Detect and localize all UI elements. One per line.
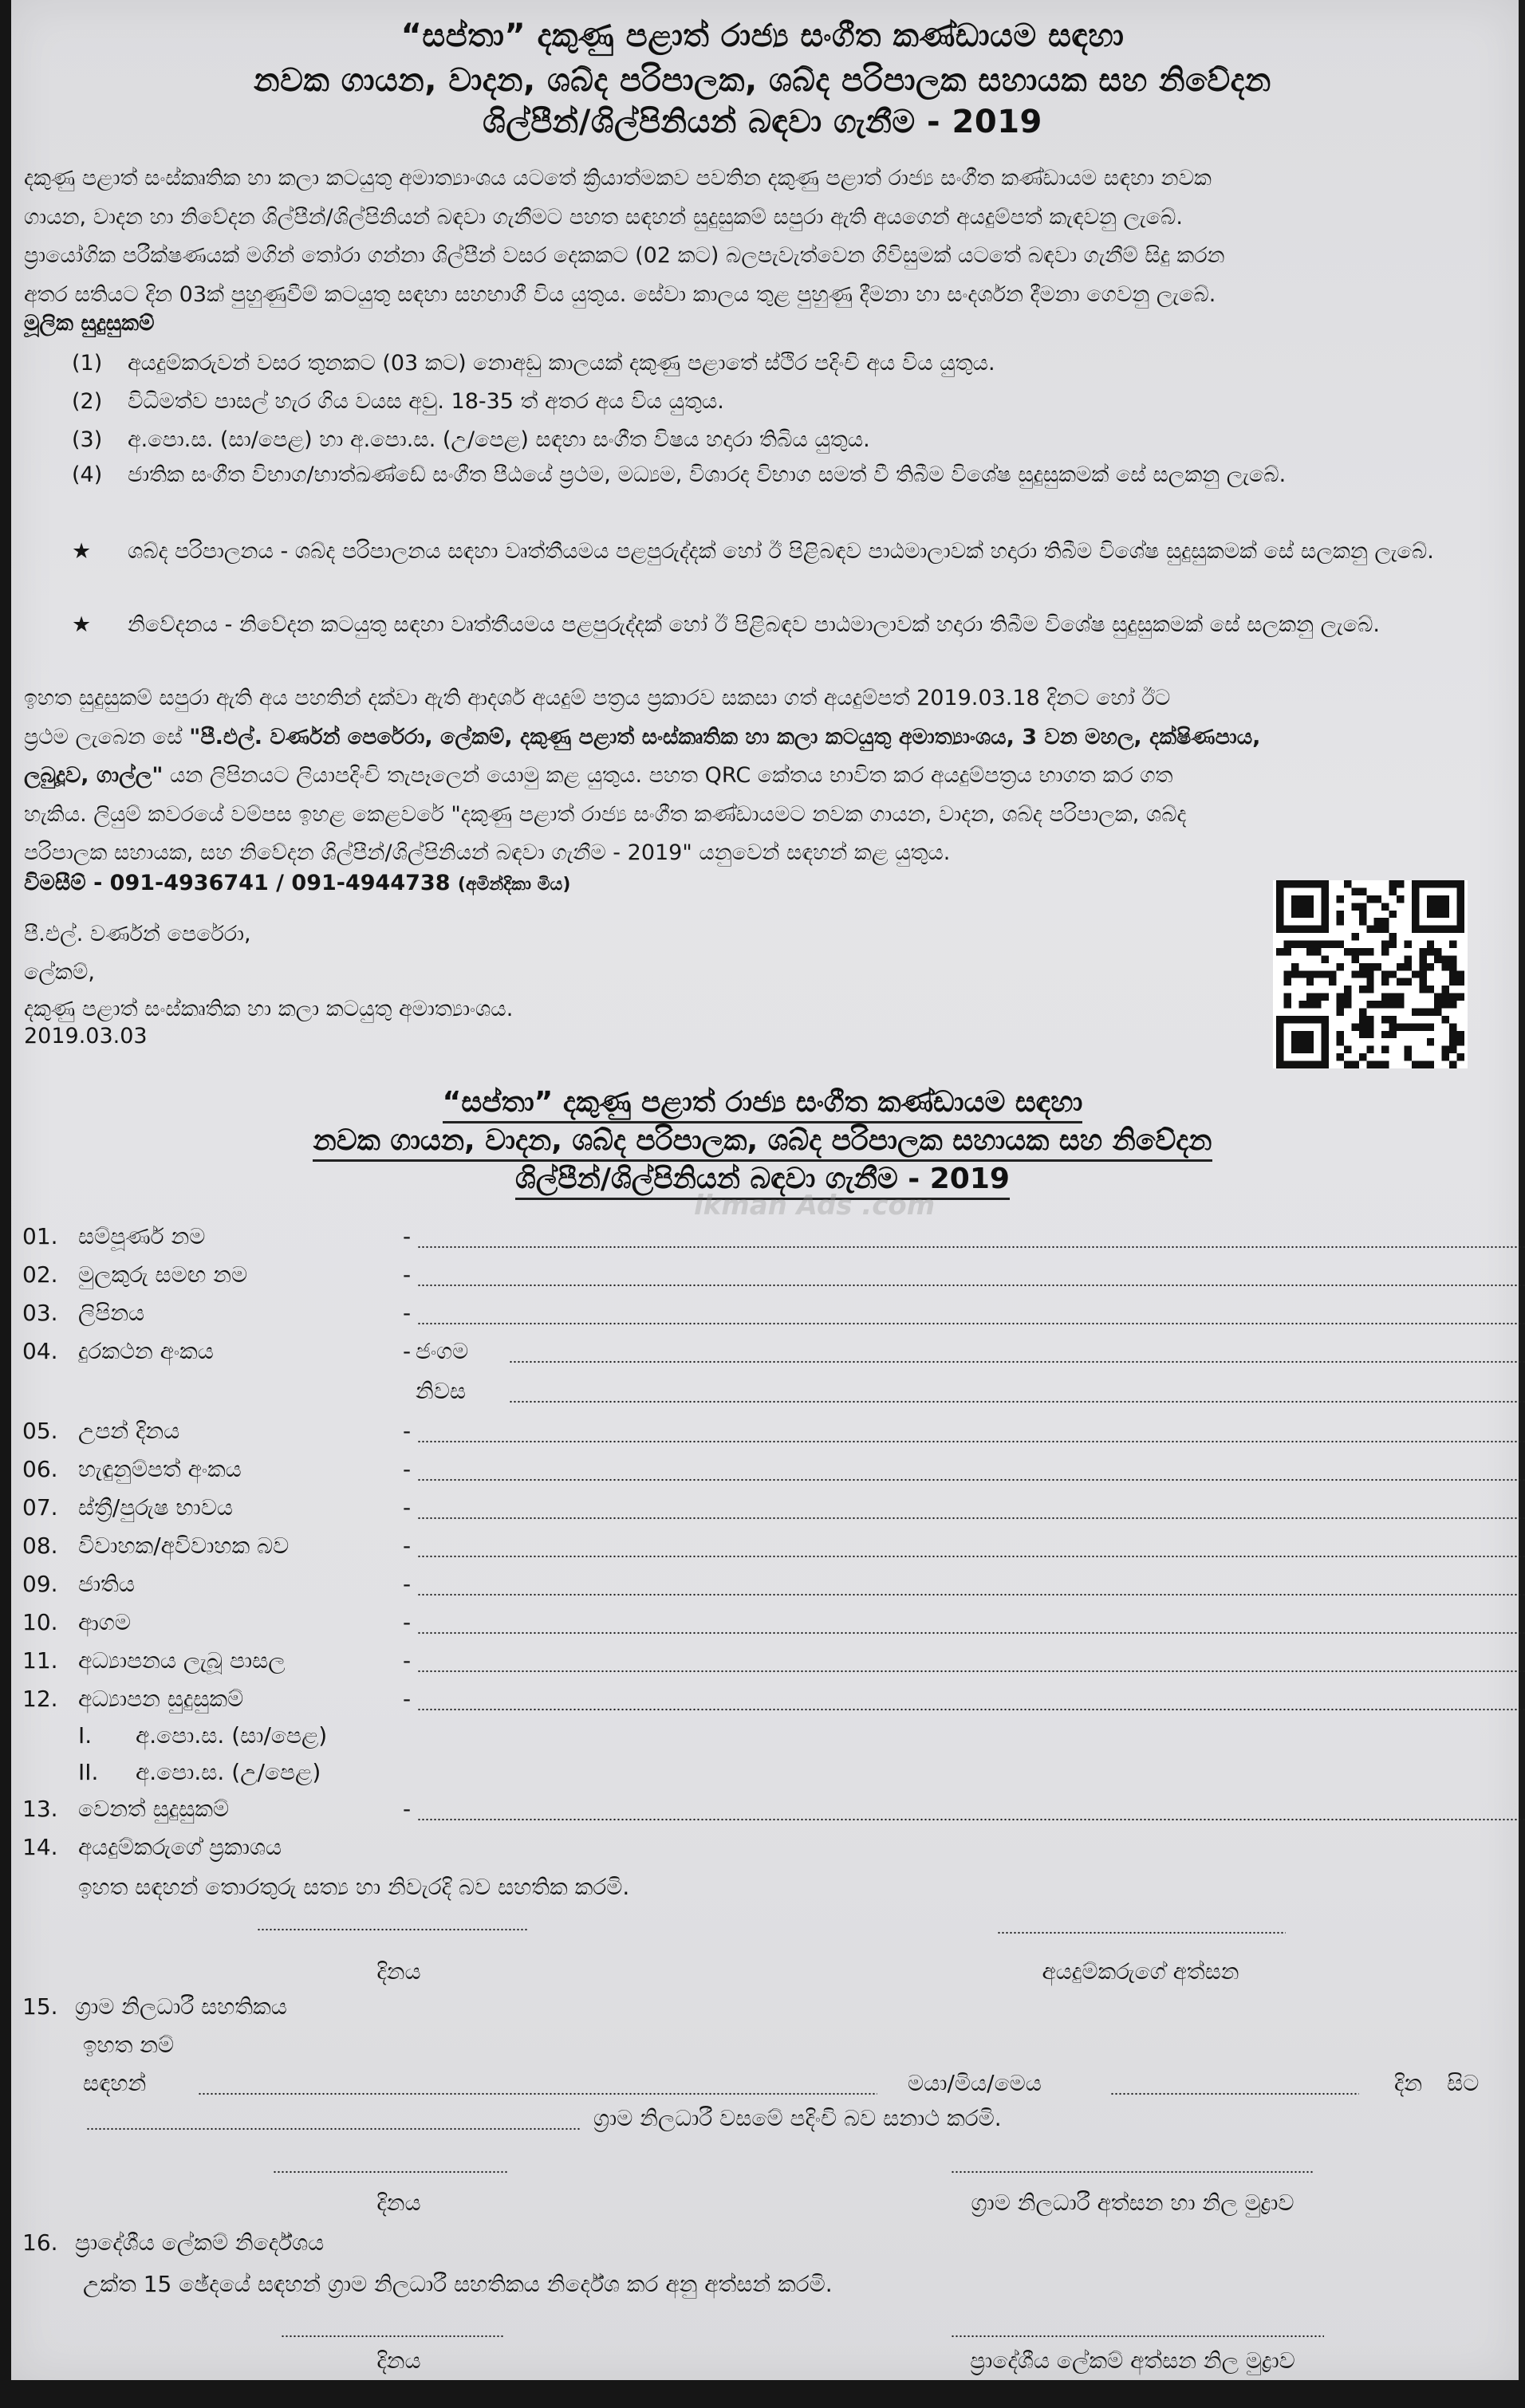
gn-certificate-label: ග්‍රාම නිලධාරී සහතිකය <box>75 1993 287 2020</box>
sub-item-marker: I. <box>78 1722 92 1749</box>
form-field-row: 02.මුලකුරු සමඟ නම- <box>22 1261 1514 1300</box>
field-separator: - <box>403 1418 411 1444</box>
submission-line: ප්‍රථම ලැබෙන සේ "පී.එල්. වර්ණන් පෙරේරා, … <box>24 718 1503 757</box>
form-field-row: 01.සම්පූර්ණ නම- <box>22 1223 1514 1261</box>
scan-edge-bottom <box>0 2380 1525 2408</box>
field-separator: - <box>403 1571 411 1597</box>
gn-title-options: මයා/මිය/මෙය <box>908 2070 1042 2097</box>
date-caption: දිනය <box>319 1958 479 1985</box>
form-field-row: 05.උපන් දිනය- <box>22 1418 1514 1456</box>
field-label: විවාහක/අවිවාහක බව <box>78 1533 289 1560</box>
form-title-text: “සප්තා” දකුණු පළාත් රාජ්‍ය සංගීත කණ්ඩායම… <box>443 1086 1083 1123</box>
requirement-text: අ.පො.ස. (සා/පෙළ) හා අ.පො.ස. (උ/පෙළ) සඳහා… <box>128 421 1499 459</box>
field-number: 05. <box>22 1418 58 1444</box>
notice-date: 2019.03.03 <box>24 1024 148 1049</box>
submission-line: පරිපාලක සහායක, සහ නිවේදන ශිල්පීන්/ශිල්පි… <box>24 834 1503 873</box>
contact-person: (අමින්දිකා මිය) <box>458 875 571 895</box>
form-title-text: නවක ගායන, වාදන, ශබ්ද පරිපාලක, ශබ්ද පරිපා… <box>313 1124 1212 1162</box>
header-title-line2: නවක ගායන, වාදන, ශබ්ද පරිපාලක, ශබ්ද පරිපා… <box>0 62 1525 99</box>
field-input[interactable] <box>417 1555 1525 1558</box>
gn-division-input[interactable] <box>86 2127 581 2131</box>
gn-line2-post: දින සිට <box>1394 2070 1479 2097</box>
sub-item-marker: II. <box>78 1759 98 1785</box>
requirement-text: විධිමත්ව පාසල් හැර ගිය වයස අවු. 18-35 ත්… <box>128 383 1499 421</box>
intro-line: ගායන, වාදන හා නිවේදන ශිල්පීන්/ශිල්පිනියන… <box>24 199 1503 238</box>
field-input[interactable] <box>417 1708 1525 1711</box>
field-separator: - <box>403 1456 411 1482</box>
qr-code-icon <box>1273 880 1468 1068</box>
intro-paragraph: දකුණු පළාත් සංස්කෘතික හා කලා කටයුතු අමාත… <box>24 159 1503 314</box>
form-field-row: 04.දුරකථන අංකය-ජංගම <box>22 1338 1514 1376</box>
gn-line2-pre: සඳහන් <box>83 2070 146 2097</box>
submission-line: ලබුදූව, ගාල්ල" යන ලිපිනයට ලියාපදිංචි තැප… <box>24 757 1503 796</box>
form-field-row: 08.විවාහක/අවිවාහක බව- <box>22 1533 1514 1571</box>
field-number: 07. <box>22 1494 58 1521</box>
field-number: 03. <box>22 1300 58 1326</box>
contact-phones: - 091-4936741 / 091-4944738 <box>93 871 450 895</box>
form-field-row: 11.අධ්‍යාපනය ලැබූ පාසල- <box>22 1647 1514 1686</box>
submission-line: ඉහත සුදුසුකම් සපුරා ඇති අය පහතින් දක්වා … <box>24 679 1503 718</box>
declaration-date-input[interactable] <box>257 1928 528 1931</box>
field-number: 09. <box>22 1571 58 1597</box>
field-label: දුරකථන අංකය <box>78 1338 214 1365</box>
home-phone-input[interactable] <box>509 1400 1525 1403</box>
field-separator: - <box>403 1494 411 1521</box>
field-separator: - <box>403 1300 411 1326</box>
field-input[interactable] <box>417 1517 1525 1520</box>
submission-text: ප්‍රථම ලැබෙන සේ <box>24 725 189 750</box>
field-label: ආගම <box>78 1609 131 1636</box>
field-input[interactable] <box>417 1478 1525 1481</box>
requirement-text: නිවේදනය - නිවේදන කටයුතු සඳහා වෘත්තීයමය ප… <box>128 606 1499 644</box>
signatory-title: ලේකම්, <box>24 960 95 986</box>
field-label: වෙනත් සුදුසුකම් <box>78 1796 229 1823</box>
signatory-name: පී.එල්. වර්ණන් පෙරේරා, <box>24 922 251 947</box>
declaration-text: ඉහත සඳහන් තොරතුරු සත්‍ය හා නිවැරදි බව සහ… <box>78 1874 629 1901</box>
gn-signature-input[interactable] <box>951 2170 1314 2174</box>
field-label: අධ්‍යාපනය ලැබූ පාසල <box>78 1647 286 1674</box>
applicant-signature-input[interactable] <box>997 1931 1286 1934</box>
date-caption: දිනය <box>319 2190 479 2217</box>
form-title-line1: “සප්තා” දකුණු පළාත් රාජ්‍ය සංගීත කණ්ඩායම… <box>0 1086 1525 1123</box>
scan-edge-left <box>0 0 11 2408</box>
star-icon: ★ <box>72 606 128 644</box>
field-label: මුලකුරු සමඟ නම <box>78 1261 247 1289</box>
field-label: ස්ත්‍රී/පුරුෂ භාවය <box>78 1494 233 1521</box>
applicant-signature-caption: අයදුම්කරුගේ අත්සන <box>941 1958 1340 1985</box>
intro-line: ප්‍රායෝගික පරීක්ෂණයක් මගින් තෝරා ගන්නා ශ… <box>24 237 1503 276</box>
field-separator: - <box>403 1338 411 1364</box>
ds-recommendation-label: ප්‍රාදේශීය ලේකම් නිර්දේශය <box>75 2229 324 2257</box>
requirements-heading: මූලික සුදුසුකම් <box>24 311 155 336</box>
field-label: සම්පූර්ණ නම <box>78 1223 205 1250</box>
submission-line: හැකිය. ලියුම් කවරයේ වම්පස ඉහළ කෙළවරේ "දක… <box>24 796 1503 835</box>
field-number: 01. <box>22 1223 58 1249</box>
form-field-row: 06.හැඳුනුම්පත් අංකය- <box>22 1456 1514 1494</box>
requirement-item: (3) අ.පො.ස. (සා/පෙළ) හා අ.පො.ස. (උ/පෙළ) … <box>72 421 1499 459</box>
postal-address-city: ලබුදූව, ගාල්ල" <box>24 763 163 788</box>
ds-recommendation-num: 16. <box>22 2229 58 2256</box>
field-number: 13. <box>22 1796 58 1822</box>
field-separator: - <box>403 1647 411 1674</box>
field-label: හැඳුනුම්පත් අංකය <box>78 1456 242 1483</box>
gn-line1: ඉහත නම් <box>83 2032 174 2059</box>
gn-date-input[interactable] <box>273 2170 509 2174</box>
intro-line: අතර සතියට දින 03ක් පුහුණුවීම් කටයුතු සඳහ… <box>24 276 1503 315</box>
field-number: 04. <box>22 1338 58 1364</box>
submission-paragraph: ඉහත සුදුසුකම් සපුරා ඇති අය පහතින් දක්වා … <box>24 679 1503 873</box>
ds-recommendation-text: උක්ත 15 ඡේදයේ සඳහන් ග්‍රාම නිලධාරී සහතික… <box>83 2271 833 2298</box>
declaration-num: 14. <box>22 1834 58 1860</box>
field-input[interactable] <box>417 1245 1525 1249</box>
ds-date-input[interactable] <box>281 2335 504 2338</box>
requirement-text: ශබ්ද පරිපාලනය - ශබ්ද පරිපාලනය සඳහා වෘත්ත… <box>128 533 1499 571</box>
field-number: 10. <box>22 1609 58 1635</box>
form-field-row: 12.අධ්‍යාපන සුදුසුකම්- <box>22 1686 1514 1724</box>
qualification-item: අ.පො.ස. (උ/පෙළ) <box>136 1759 321 1786</box>
header-title-line1: “සප්තා” දකුණු පළාත් රාජ්‍ය සංගීත කණ්ඩායම… <box>0 18 1525 54</box>
field-input[interactable] <box>417 1440 1525 1443</box>
intro-line: දකුණු පළාත් සංස්කෘතික හා කලා කටයුතු අමාත… <box>24 159 1503 199</box>
date-caption: දිනය <box>319 2347 479 2375</box>
requirement-marker: (1) <box>72 344 128 383</box>
form-field-row: 10.ආගම- <box>22 1609 1514 1647</box>
gn-name-input[interactable] <box>198 2092 877 2095</box>
field-separator: - <box>403 1533 411 1559</box>
requirement-item: (4) ජාතික සංගීත විභාග/භාත්ඛණ්ඩේ සංගීත පී… <box>72 456 1499 494</box>
mobile-phone-input[interactable] <box>509 1360 1525 1363</box>
field-number: 08. <box>22 1533 58 1559</box>
watermark: ikman Ads .com <box>694 1190 935 1222</box>
gn-line3: ග්‍රාම නිලධාරී වසමේ පදිංචි බව සනාථ කරමි. <box>593 2105 1002 2132</box>
form-field-row: 09.ජාතිය- <box>22 1571 1514 1609</box>
field-label: අධ්‍යාපන සුදුසුකම් <box>78 1686 243 1713</box>
field-separator: - <box>403 1686 411 1712</box>
star-icon: ★ <box>72 533 128 571</box>
header-title-line3: ශිල්පීන්/ශිල්පිනියන් බඳවා ගැනීම - 2019 <box>0 104 1525 140</box>
gn-since-date-input[interactable] <box>1110 2092 1359 2095</box>
requirement-marker: (3) <box>72 421 128 459</box>
field-sublabel-home: නිවස <box>416 1378 466 1405</box>
ds-signature-input[interactable] <box>951 2335 1324 2338</box>
form-title-line2: නවක ගායන, වාදන, ශබ්ද පරිපාලක, ශබ්ද පරිපා… <box>0 1124 1525 1162</box>
field-label: ලිපිනය <box>78 1300 144 1327</box>
contact-info: විමසීම් - 091-4936741 / 091-4944738 (අමි… <box>24 871 570 896</box>
requirement-item: (1) අයදුම්කරුවන් වසර තුනකට (03 කට) නොඅඩු… <box>72 344 1499 383</box>
field-label: ජාතිය <box>78 1571 135 1598</box>
field-input[interactable] <box>417 1631 1525 1635</box>
declaration-label: අයදුම්කරුගේ ප්‍රකාශය <box>78 1834 282 1861</box>
postal-address: "පී.එල්. වර්ණන් පෙරේරා, ලේකම්, දකුණු පළා… <box>189 725 1260 750</box>
field-input[interactable] <box>417 1322 1525 1325</box>
requirement-item: (2) විධිමත්ව පාසල් හැර ගිය වයස අවු. 18-3… <box>72 383 1499 421</box>
qualification-item: අ.පො.ස. (සා/පෙළ) <box>136 1722 327 1749</box>
field-separator: - <box>403 1609 411 1635</box>
form-field-row: 03.ලිපිනය- <box>22 1300 1514 1338</box>
field-sublabel-mobile: ජංගම <box>416 1338 468 1365</box>
contact-label: විමසීම් <box>24 871 86 895</box>
field-input[interactable] <box>417 1670 1525 1673</box>
requirement-marker: (2) <box>72 383 128 421</box>
requirement-text: ජාතික සංගීත විභාග/භාත්ඛණ්ඩේ සංගීත පීඨයේ … <box>128 456 1499 494</box>
signatory-ministry: දකුණු පළාත් සංස්කෘතික හා කලා කටයුතු අමාත… <box>24 997 513 1022</box>
requirement-item-announcing: ★ නිවේදනය - නිවේදන කටයුතු සඳහා වෘත්තීයමය… <box>72 606 1499 644</box>
form-field-row: 13.වෙනත් සුදුසුකම්- <box>22 1796 1514 1834</box>
field-number: 02. <box>22 1261 58 1288</box>
field-separator: - <box>403 1223 411 1249</box>
submission-text: යන ලිපිනයට ලියාපදිංචි තැපෑලෙන් යොමු කළ ය… <box>163 763 1172 788</box>
ds-signature-caption: ප්‍රාදේශීය ලේකම් අත්සන නිල මුද්‍රාව <box>909 2347 1356 2375</box>
field-number: 11. <box>22 1647 58 1674</box>
gn-signature-caption: ග්‍රාම නිලධාරී අත්සන හා නිල මුද්‍රාව <box>909 2190 1356 2217</box>
field-separator: - <box>403 1796 411 1822</box>
requirement-text: අයදුම්කරුවන් වසර තුනකට (03 කට) නොඅඩු කාල… <box>128 344 1499 383</box>
field-input[interactable] <box>417 1593 1525 1596</box>
field-input[interactable] <box>417 1818 1525 1821</box>
form-field-row: නිවස <box>22 1378 1514 1416</box>
requirement-marker: (4) <box>72 456 128 494</box>
field-number: 06. <box>22 1456 58 1482</box>
field-number: 12. <box>22 1686 58 1712</box>
qr-code-graphic <box>1273 880 1468 1068</box>
field-label: උපන් දිනය <box>78 1418 179 1445</box>
form-field-row: 07.ස්ත්‍රී/පුරුෂ භාවය- <box>22 1494 1514 1533</box>
field-input[interactable] <box>417 1284 1525 1287</box>
field-separator: - <box>403 1261 411 1288</box>
gn-certificate-num: 15. <box>22 1993 58 2020</box>
requirement-item-sound-admin: ★ ශබ්ද පරිපාලනය - ශබ්ද පරිපාලනය සඳහා වෘත… <box>72 533 1499 571</box>
